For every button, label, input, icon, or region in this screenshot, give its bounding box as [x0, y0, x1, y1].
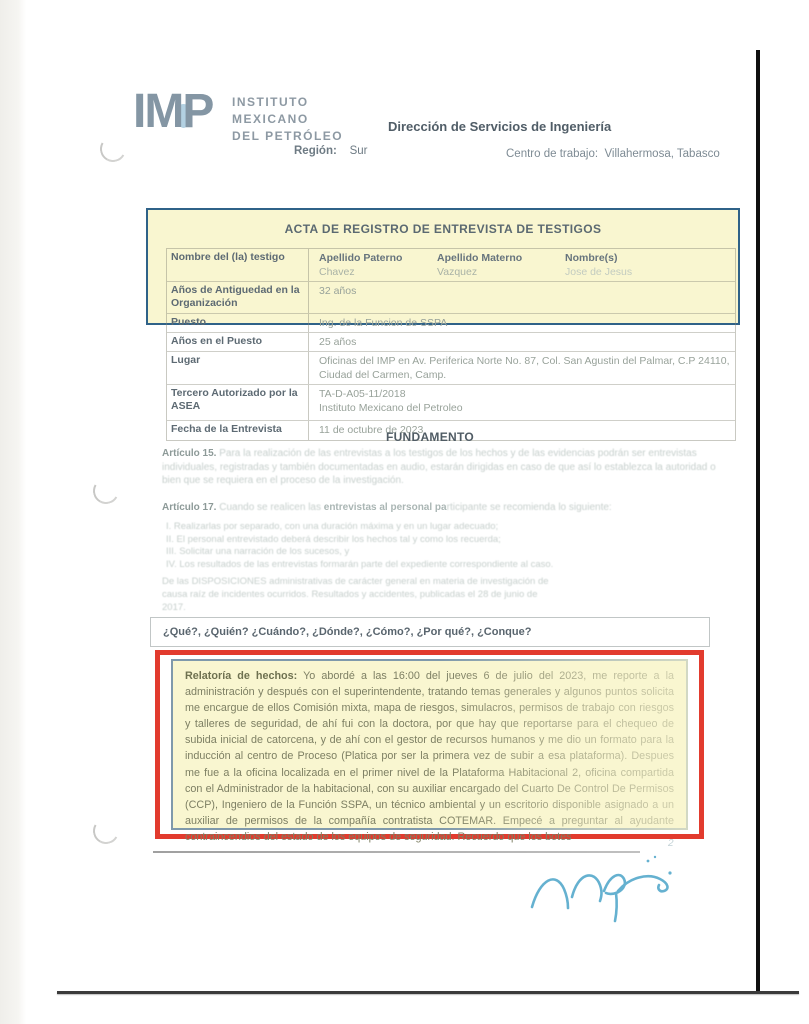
name-values: Chavez Vazquez Jose de Jesus [319, 265, 731, 279]
col-header-paterno: Apellido Paterno [319, 251, 437, 265]
value-materno: Vazquez [437, 265, 565, 279]
scanner-background-strip [0, 0, 26, 1024]
col-header-nombres: Nombre(s) [565, 251, 731, 265]
region-line: Región: Sur [294, 145, 368, 157]
centro-label: Centro de trabajo: [506, 148, 598, 160]
row-label: Años en el Puesto [167, 333, 309, 351]
acta-table: Nombre del (la) testigo Apellido Paterno… [166, 248, 736, 441]
value-paterno: Chavez [319, 265, 437, 279]
row-value: 25 años [309, 333, 735, 351]
row-value: Apellido Paterno Apellido Materno Nombre… [309, 249, 735, 281]
relatoria-body: Yo abordé a las 16:00 del jueves 6 de ju… [185, 670, 674, 843]
row-value: Ing. de la Funcion de SSPA [309, 314, 735, 332]
articulo-17-list-illegible: I. Realizarlas por separado, con una dur… [166, 521, 706, 571]
table-row-antiguedad: Años de Antiguedad en la Organización 32… [167, 281, 735, 313]
row-label: Años de Antiguedad en la Organización [167, 282, 309, 313]
row-value: Oficinas del IMP en Av. Periferica Norte… [309, 352, 735, 384]
questions-text: ¿Qué?, ¿Quién? ¿Cuándo?, ¿Dónde?, ¿Cómo?… [163, 626, 531, 638]
signature-ink [520, 845, 730, 930]
tercero-value-2: Instituto Mexicano del Petroleo [319, 401, 731, 415]
row-value: TA-D-A05-11/2018 Instituto Mexicano del … [309, 385, 735, 420]
fundamento-heading: FUNDAMENTO [150, 430, 710, 444]
list-item: I. Realizarlas por separado, con una dur… [166, 521, 706, 534]
acta-title: ACTA DE REGISTRO DE ENTREVISTA DE TESTIG… [146, 222, 740, 236]
articulo-15-text-illegible: Para la realización de las entrevistas a… [162, 448, 716, 486]
hole-punch-mark [97, 133, 129, 165]
row-label: Puesto [167, 314, 309, 332]
relatoria-paragraph: Relatoría de hechos: Yo abordé a las 16:… [185, 668, 674, 845]
name-column-headers: Apellido Paterno Apellido Materno Nombre… [319, 251, 731, 265]
tercero-value-1: TA-D-A05-11/2018 [319, 387, 731, 401]
table-row-nombre: Nombre del (la) testigo Apellido Paterno… [167, 249, 735, 281]
table-row-lugar: Lugar Oficinas del IMP en Av. Periferica… [167, 351, 735, 384]
org-name: INSTITUTO MEXICANO DEL PETRÓLEO [232, 94, 343, 145]
closing-line: causa raíz de incidentes ocurridos. Resu… [162, 588, 702, 601]
row-label: Nombre del (la) testigo [167, 249, 309, 281]
row-value: 32 años [309, 282, 735, 313]
list-item: IV. Los resultados de las entrevistas fo… [166, 559, 706, 572]
table-row-puesto: Puesto Ing. de la Funcion de SSPA [167, 313, 735, 332]
relatoria-box: Relatoría de hechos: Yo abordé a las 16:… [171, 659, 688, 830]
centro-line: Centro de trabajo: Villahermosa, Tabasco [506, 148, 720, 160]
list-item: III. Solicitar una narración de los suce… [166, 546, 706, 559]
articulo-17-paragraph: Artículo 17. Cuando se realicen las entr… [162, 501, 717, 515]
closing-line: 2017. [162, 601, 702, 614]
scanned-document-page: IMP INSTITUTO MEXICANO DEL PETRÓLEO Dire… [0, 0, 809, 1024]
imp-logo: IMP [133, 84, 212, 139]
disposiciones-paragraph-illegible: De las DISPOSICIONES administrativas de … [162, 575, 702, 614]
value-nombres: Jose de Jesus [565, 265, 731, 279]
articulo-17-pre-illegible: Cuando se realicen las [219, 502, 324, 513]
hole-punch-mark [90, 815, 122, 847]
row-label: Tercero Autorizado por la ASEA [167, 385, 309, 420]
articulo-15-paragraph: Artículo 15. Para la realización de las … [162, 447, 717, 488]
region-value: Sur [350, 145, 368, 157]
articulo-17-visible-text: entrevistas al personal pa [324, 502, 447, 513]
relatoria-lead: Relatoría de hechos: [185, 670, 297, 682]
list-item: II. El personal entrevistado deberá desc… [166, 534, 706, 547]
col-header-materno: Apellido Materno [437, 251, 565, 265]
articulo-17-post-illegible: rticipante se recomienda lo siguiente: [447, 502, 612, 513]
region-label: Región: [294, 145, 337, 157]
table-row-anos-puesto: Años en el Puesto 25 años [167, 332, 735, 351]
row-label: Lugar [167, 352, 309, 384]
closing-line: De las DISPOSICIONES administrativas de … [162, 575, 702, 588]
table-row-tercero: Tercero Autorizado por la ASEA TA-D-A05-… [167, 384, 735, 420]
articulo-15-label: Artículo 15. [162, 448, 216, 459]
centro-value: Villahermosa, Tabasco [604, 148, 719, 160]
articulo-17-label: Artículo 17. [162, 502, 216, 513]
scan-edge-vertical-line [756, 50, 760, 994]
scan-edge-horizontal-line [57, 991, 799, 994]
hole-punch-mark [90, 475, 122, 507]
direction-title: Dirección de Servicios de Ingeniería [388, 119, 611, 134]
questions-line: ¿Qué?, ¿Quién? ¿Cuándo?, ¿Dónde?, ¿Cómo?… [150, 617, 710, 647]
